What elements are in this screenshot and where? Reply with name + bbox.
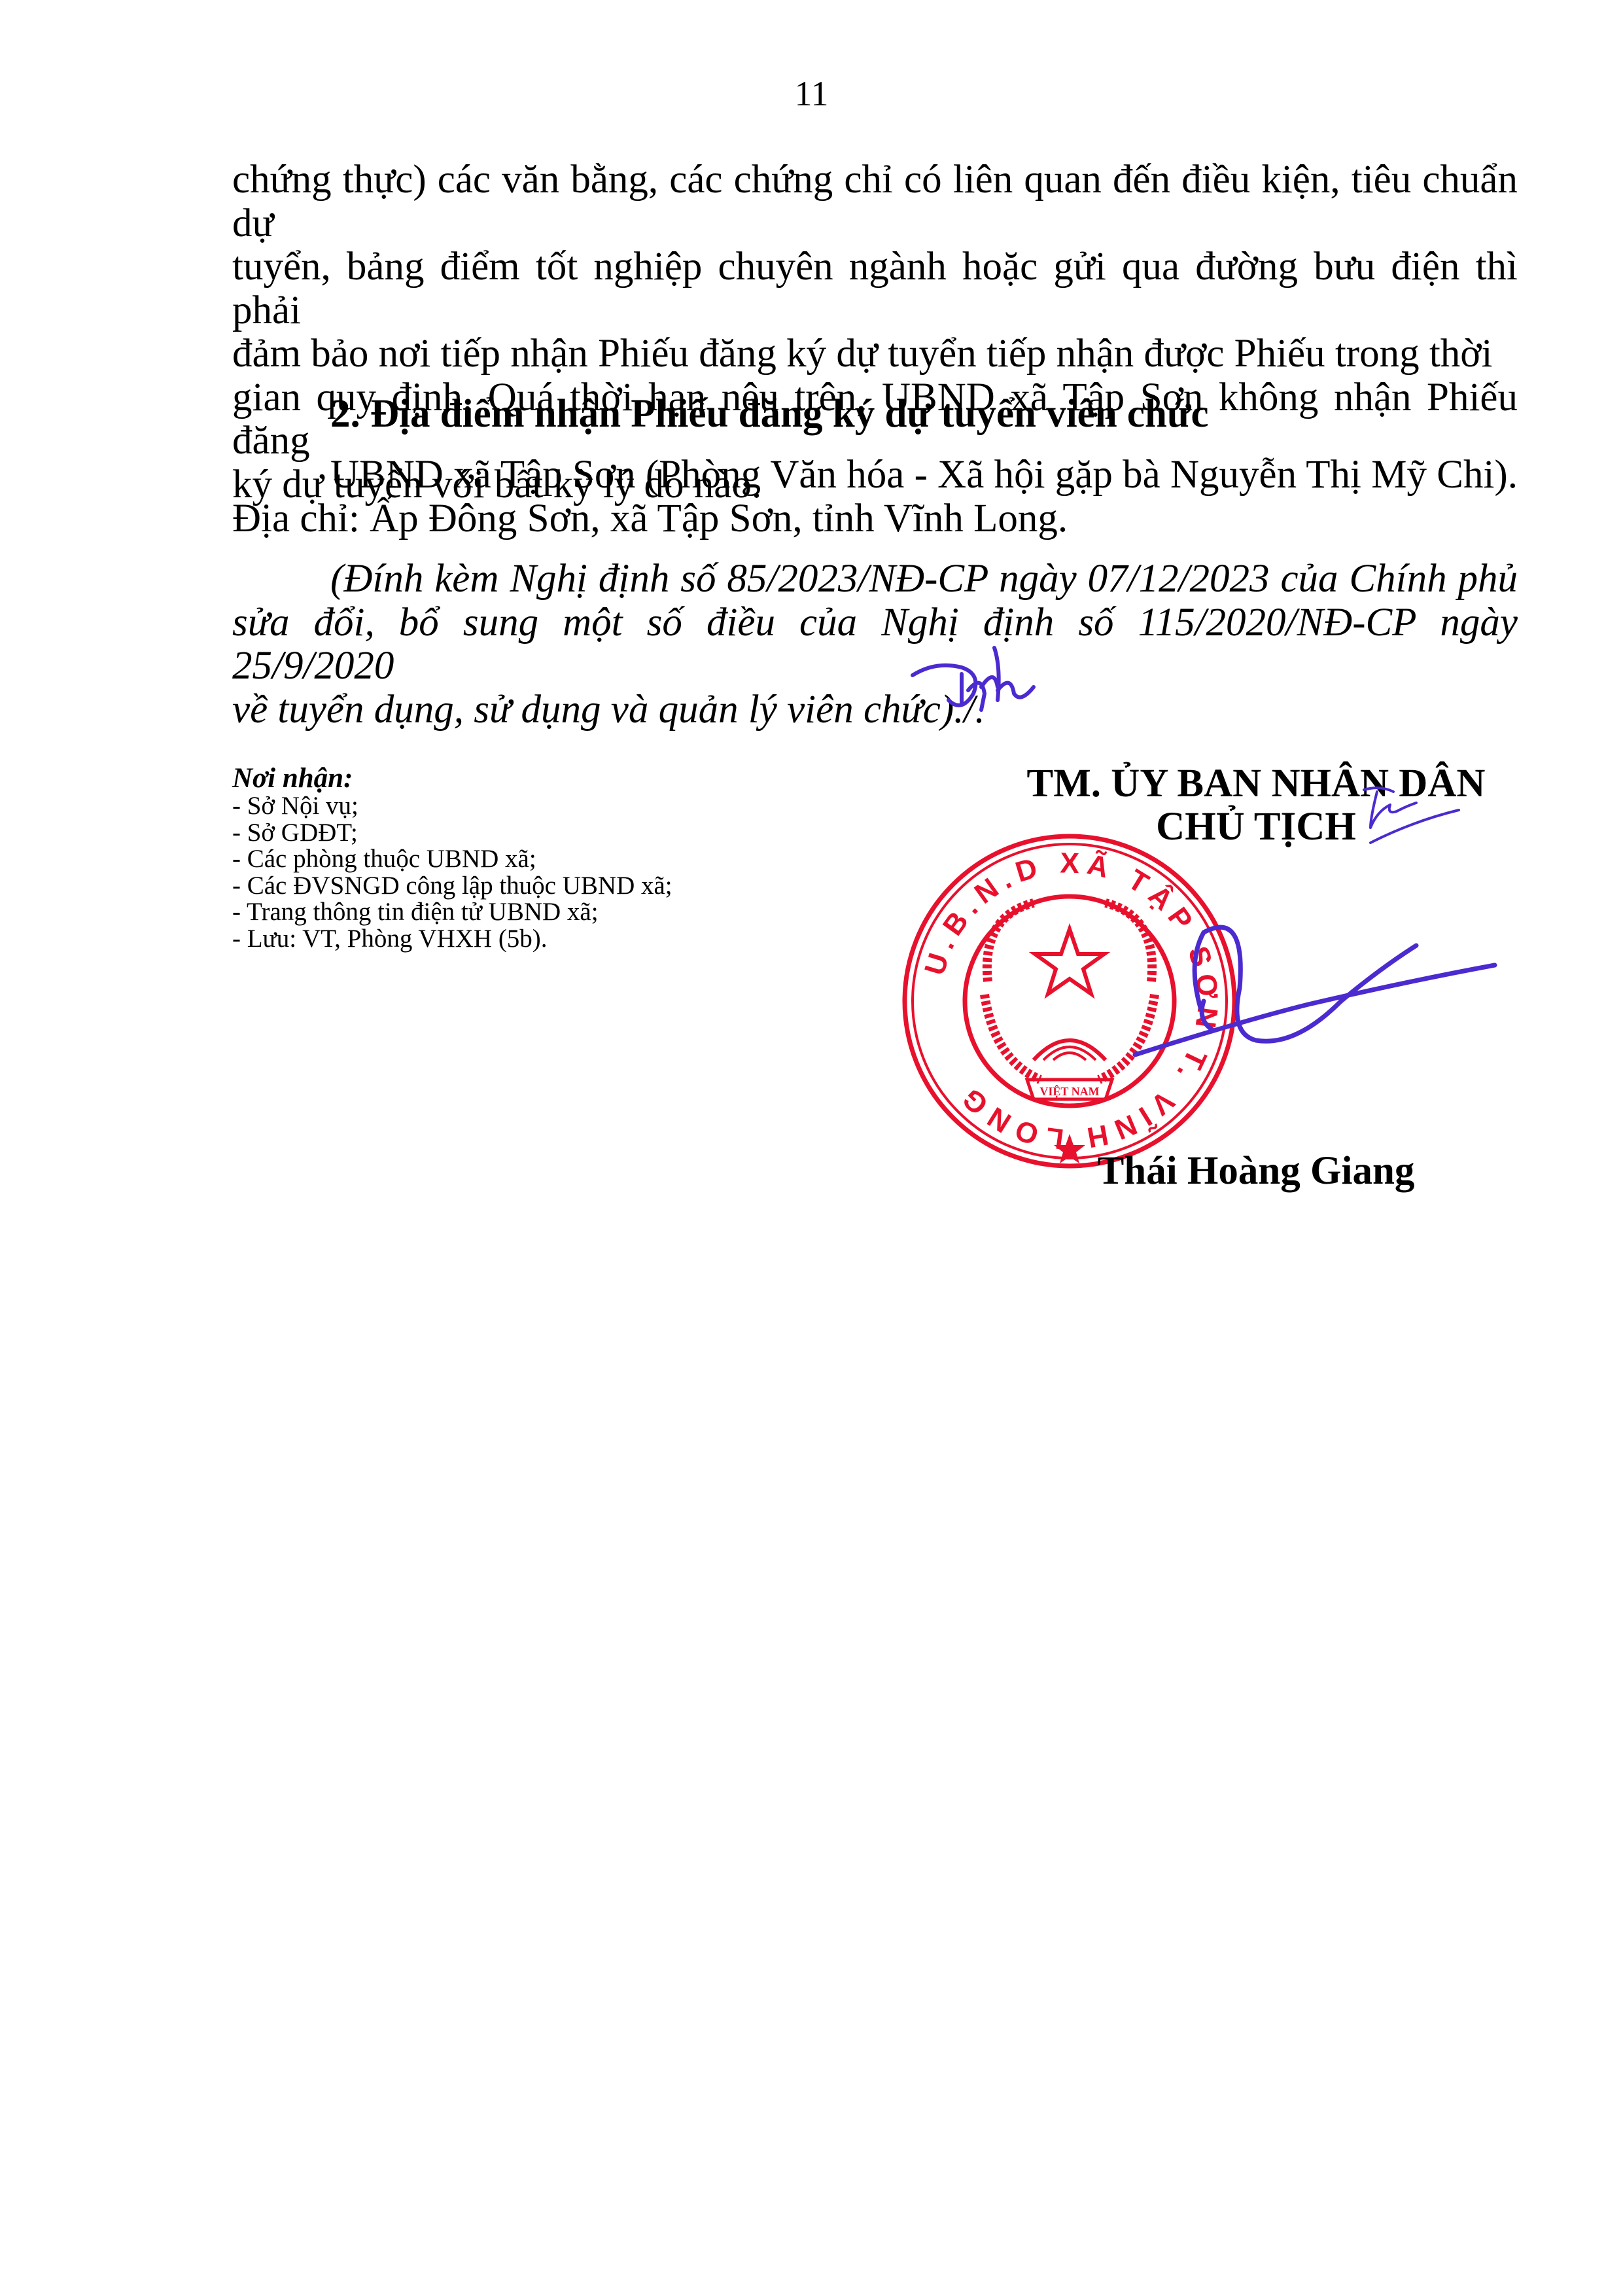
main-signature: [1135, 927, 1495, 1055]
initial-mark-1: [913, 648, 1034, 710]
initial-mark-2: [1364, 788, 1459, 843]
signer-name: Thái Hoàng Giang: [981, 1148, 1531, 1194]
